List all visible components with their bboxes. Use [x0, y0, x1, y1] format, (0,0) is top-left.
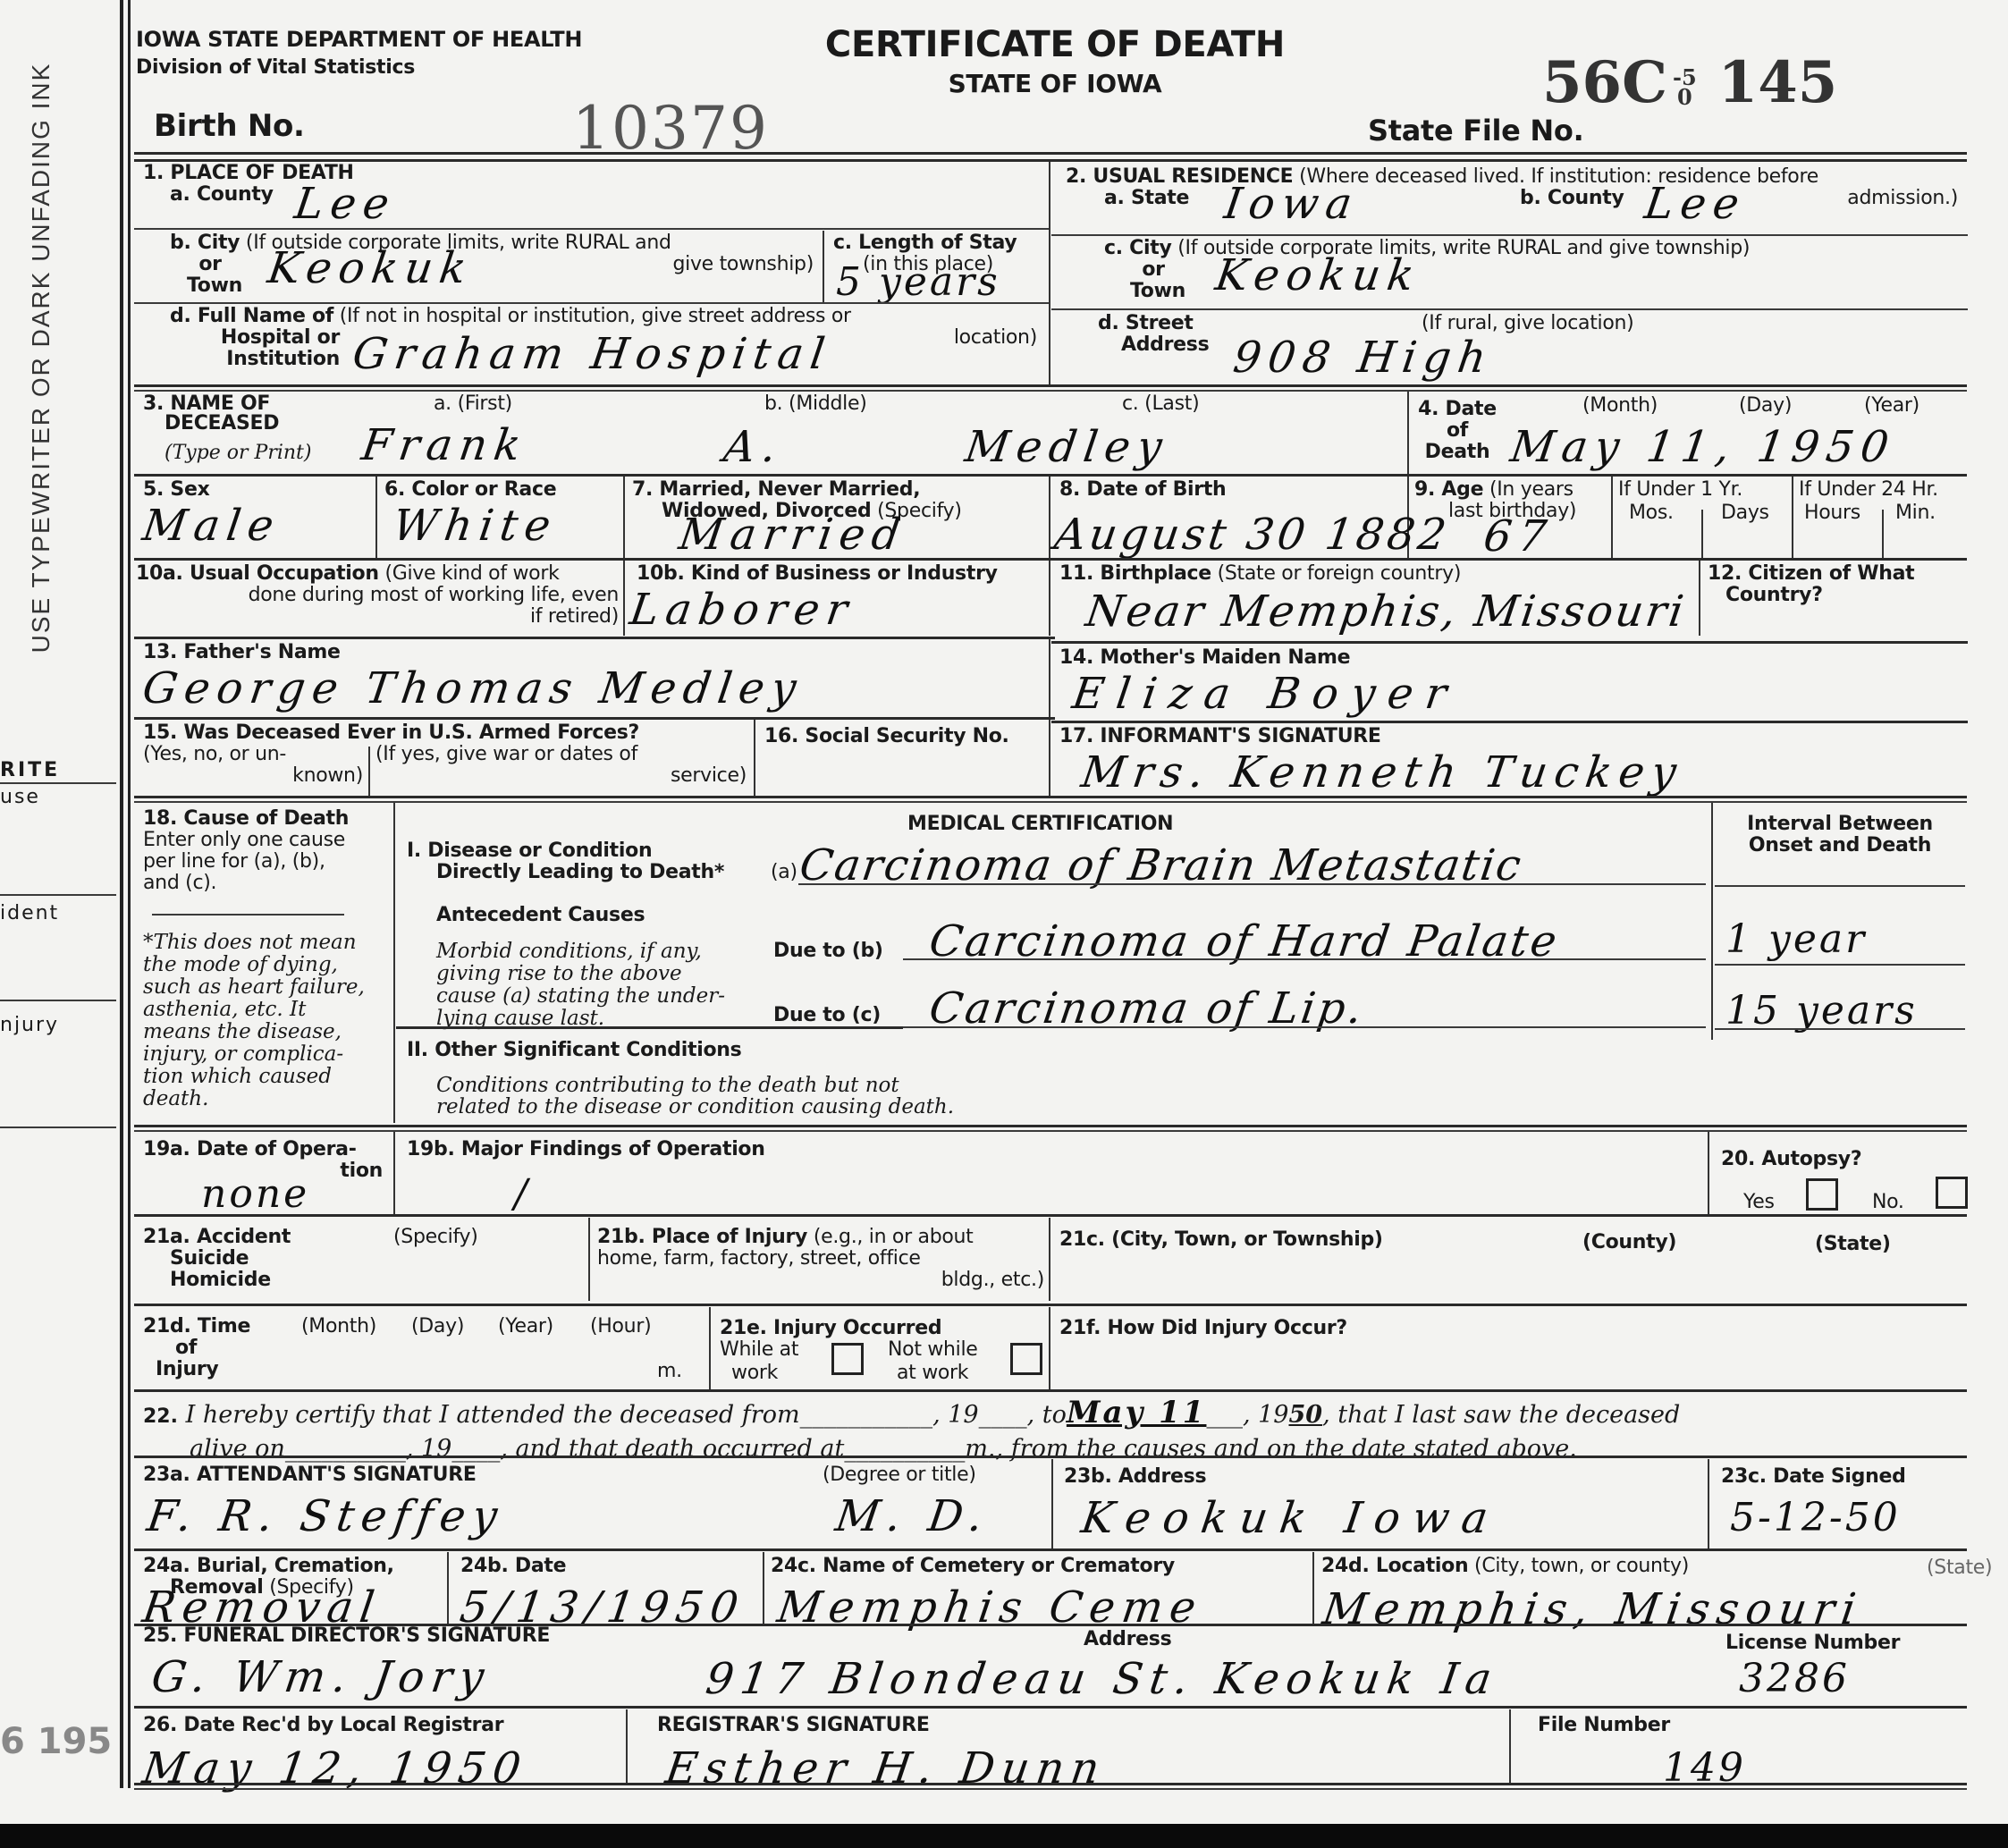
other-conditions-label: II. Other Significant Conditions: [407, 1040, 741, 1061]
funeral-address-label: Address: [1084, 1629, 1171, 1650]
place-county-value[interactable]: Lee: [291, 179, 400, 229]
date-signed-label: 23c. Date Signed: [1721, 1466, 1906, 1488]
interval-heading: Interval Between: [1715, 814, 1965, 835]
autopsy-yes-label: Yes: [1743, 1192, 1775, 1213]
disease-condition-label: I. Disease or Condition: [407, 840, 652, 862]
injury-state-label: (State): [1815, 1234, 1891, 1255]
occupation-label: 10a. Usual Occupation (Give kind of work: [136, 563, 619, 585]
state-file-label: State File No.: [1368, 114, 1583, 147]
while-at-work-checkbox[interactable]: [831, 1343, 864, 1375]
street-label-2: Address: [1121, 334, 1209, 356]
city-or-label: or: [179, 254, 241, 275]
day-label: (Day): [1739, 395, 1792, 417]
margin-fragment: use: [0, 787, 40, 808]
injury-occurred-label: 21e. Injury Occurred: [720, 1318, 941, 1339]
months-label: Mos.: [1629, 502, 1674, 524]
race-value[interactable]: White: [390, 501, 561, 551]
county-label: a. County: [170, 184, 274, 206]
armed-forces-note-2: known): [143, 765, 363, 787]
citizenship-label: 12. Citizen of What: [1708, 563, 1914, 585]
age-label: 9. Age (In years: [1414, 479, 1573, 501]
funeral-director-label: 25. FUNERAL DIRECTOR'S SIGNATURE: [143, 1625, 550, 1647]
injury-time-label: 21d. Time: [143, 1316, 250, 1337]
armed-forces-war-note: (If yes, give war or dates of: [375, 744, 637, 765]
cause-footnote: *This does not meanthe mode of dying,suc…: [143, 932, 389, 1110]
residence-city-value[interactable]: Keokuk: [1212, 250, 1424, 300]
informant-signature[interactable]: Mrs. Kenneth Tuckey: [1078, 747, 1686, 797]
autopsy-no-label: No.: [1872, 1192, 1904, 1213]
street-label: d. Street: [1098, 313, 1194, 334]
under-1yr-label: If Under 1 Yr.: [1618, 479, 1742, 501]
date-of-death-value[interactable]: May 11, 1950: [1507, 422, 1899, 472]
middle-name-label: b. (Middle): [764, 393, 867, 415]
age-value[interactable]: 67: [1481, 511, 1557, 561]
street-note: (If rural, give location): [1422, 313, 1633, 334]
sex-label: 5. Sex: [143, 479, 209, 501]
injury-day-label: (Day): [411, 1316, 464, 1337]
interval-c-value[interactable]: 15 years: [1725, 988, 1918, 1034]
armed-forces-note: (Yes, no, or un-: [143, 744, 286, 765]
degree-value[interactable]: M. D.: [832, 1491, 993, 1541]
last-name-label: c. (Last): [1122, 393, 1199, 415]
occupation-note: done during most of working life, even: [134, 585, 619, 606]
informant-label: 17. INFORMANT'S SIGNATURE: [1059, 726, 1381, 747]
injury-hour-label: (Hour): [590, 1316, 651, 1337]
city-town-label: Town: [179, 275, 250, 297]
middle-name-value[interactable]: A.: [721, 422, 787, 472]
cause-instruction: Enter only one cause: [143, 830, 345, 851]
not-at-work-label-2: at work: [897, 1363, 968, 1384]
degree-label: (Degree or title): [823, 1464, 976, 1486]
attendant-signature[interactable]: F. R. Steffey: [144, 1491, 508, 1541]
armed-forces-war-note-2: service): [375, 765, 747, 787]
accident-label: 21a. Accident: [143, 1227, 291, 1248]
cause-a-marker: (a): [771, 862, 797, 883]
division-name: Division of Vital Statistics: [136, 57, 415, 79]
cemetery-label: 24c. Name of Cemetery or Crematory: [771, 1556, 1175, 1577]
hospital-label-note: location): [805, 327, 1037, 349]
occupation-note-2: if retired): [134, 606, 619, 628]
month-label: (Month): [1582, 395, 1658, 417]
morbid-note: Morbid conditions, if any,giving rise to…: [436, 941, 758, 1030]
first-name-value[interactable]: Frank: [359, 420, 531, 470]
not-at-work-checkbox[interactable]: [1010, 1343, 1042, 1375]
license-value[interactable]: 3286: [1739, 1656, 1850, 1701]
residence-county-label: b. County: [1520, 188, 1624, 209]
father-name-value[interactable]: George Thomas Medley: [139, 663, 806, 713]
document-subtitle: STATE OF IOWA: [787, 73, 1323, 95]
place-city-value[interactable]: Keokuk: [265, 243, 477, 293]
length-of-stay-value[interactable]: 5 years: [836, 259, 1000, 305]
injury-place-note-2: bldg., etc.): [597, 1270, 1044, 1291]
disposition-date-label: 24b. Date: [460, 1556, 566, 1577]
type-or-print-note: (Type or Print): [165, 442, 311, 464]
hospital-label-3: Institution: [161, 349, 340, 370]
sex-value[interactable]: Male: [139, 501, 283, 551]
autopsy-label: 20. Autopsy?: [1721, 1149, 1861, 1170]
cause-instruction: per line for (a), (b),: [143, 851, 325, 873]
birth-no-label: Birth No.: [154, 109, 305, 143]
margin-instruction: USE TYPEWRITER OR DARK UNFADING INK: [27, 45, 63, 671]
funeral-director-signature[interactable]: G. Wm. Jory: [148, 1652, 494, 1702]
business-label: 10b. Kind of Business or Industry: [637, 563, 998, 585]
medical-certification-heading: MEDICAL CERTIFICATION: [907, 814, 1173, 835]
margin-fragment: ident: [0, 903, 59, 924]
ssn-label: 16. Social Security No.: [764, 726, 1009, 747]
marital-label: 7. Married, Never Married,: [632, 479, 920, 501]
operation-findings-value[interactable]: /: [514, 1171, 530, 1217]
hours-label: Hours: [1804, 502, 1860, 524]
injury-month-label: (Month): [301, 1316, 376, 1337]
race-label: 6. Color or Race: [384, 479, 556, 501]
birthplace-label: 11. Birthplace (State or foreign country…: [1059, 563, 1461, 585]
due-to-c-label: Due to (c): [773, 1005, 881, 1026]
hospital-label: d. Full Name of (If not in hospital or i…: [170, 306, 1046, 327]
cause-of-death-label: 18. Cause of Death: [143, 808, 349, 830]
residence-town-label: Town: [1118, 281, 1198, 302]
last-name-value[interactable]: Medley: [962, 422, 1172, 472]
citizenship-label-2: Country?: [1725, 585, 1823, 606]
hospital-value[interactable]: Graham Hospital: [350, 329, 835, 379]
department-name: IOWA STATE DEPARTMENT OF HEALTH: [136, 29, 582, 50]
autopsy-no-checkbox[interactable]: [1936, 1177, 1968, 1209]
injury-meridiem-label: m.: [657, 1361, 682, 1382]
license-label: License Number: [1725, 1633, 1900, 1654]
antecedent-causes-label: Antecedent Causes: [436, 905, 645, 926]
other-conditions-note: Conditions contributing to the death but…: [436, 1075, 899, 1097]
while-at-work-label: While at: [720, 1339, 798, 1361]
interval-heading-2: Onset and Death: [1715, 835, 1965, 856]
margin-fragment: njury: [0, 1015, 59, 1036]
attended-to-date: May 11: [1067, 1395, 1207, 1430]
injury-place-note: home, farm, factory, street, office: [597, 1248, 1044, 1270]
residence-or-label: or: [1118, 259, 1189, 281]
length-of-stay-label: c. Length of Stay: [833, 232, 1017, 254]
armed-forces-label: 15. Was Deceased Ever in U.S. Armed Forc…: [143, 722, 639, 744]
dob-value[interactable]: August 30 1882: [1051, 510, 1453, 560]
cause-instruction: and (c).: [143, 873, 216, 894]
mother-name-value[interactable]: Eliza Boyer: [1069, 669, 1462, 719]
injury-city-label: 21c. (City, Town, or Township): [1059, 1229, 1383, 1251]
attendant-address-label: 23b. Address: [1064, 1466, 1206, 1488]
injury-place-label: 21b. Place of Injury (e.g., in or about: [597, 1227, 974, 1248]
disposition-label: 24a. Burial, Cremation,: [143, 1556, 394, 1577]
operation-findings-label: 19b. Major Findings of Operation: [407, 1139, 765, 1160]
due-to-b-label: Due to (b): [773, 941, 883, 962]
operation-date-value[interactable]: none: [201, 1171, 309, 1217]
homicide-label: Homicide: [170, 1270, 271, 1291]
injury-time-label-2: of: [175, 1337, 197, 1359]
date-signed-value[interactable]: 5-12-50: [1730, 1495, 1901, 1540]
date-received-label: 26. Date Rec'd by Local Registrar: [143, 1715, 503, 1736]
accident-specify-note: (Specify): [393, 1227, 478, 1248]
date-of-death-label-3: Death: [1413, 442, 1502, 463]
birthplace-value[interactable]: Near Memphis, Missouri: [1083, 586, 1689, 637]
street-value[interactable]: 908 High: [1230, 333, 1497, 383]
other-conditions-note-2: related to the disease or condition caus…: [436, 1096, 954, 1118]
operation-date-label: 19a. Date of Opera-: [143, 1139, 357, 1160]
injury-year-label: (Year): [498, 1316, 553, 1337]
received-stamp: 6 195: [0, 1721, 112, 1762]
cemetery-location-label: 24d. Location (City, town, or county): [1321, 1556, 1689, 1577]
residence-state-value[interactable]: Iowa: [1221, 179, 1362, 229]
scan-edge: [0, 1824, 2008, 1848]
dob-label: 8. Date of Birth: [1059, 479, 1226, 501]
disease-condition-label-2: Directly Leading to Death*: [436, 862, 724, 883]
date-of-death-label: 4. Date: [1413, 399, 1502, 420]
registrar-signature[interactable]: Esther H. Dunn: [662, 1743, 1109, 1793]
first-name-label: a. (First): [434, 393, 512, 415]
attendant-signature-label: 23a. ATTENDANT'S SIGNATURE: [143, 1464, 477, 1486]
attendant-address-value[interactable]: Keokuk Iowa: [1078, 1493, 1504, 1543]
autopsy-yes-checkbox[interactable]: [1806, 1178, 1838, 1211]
cemetery-state-label: (State): [1927, 1557, 1992, 1579]
margin-fragment: RITE: [0, 760, 60, 781]
cemetery-location-value[interactable]: Memphis, Missouri: [1320, 1584, 1866, 1634]
residence-state-label: a. State: [1104, 188, 1189, 209]
date-received-value[interactable]: May 12, 1950: [139, 1743, 531, 1793]
residence-county-value[interactable]: Lee: [1641, 179, 1750, 229]
while-at-work-label-2: work: [731, 1363, 778, 1384]
funeral-address-value[interactable]: 917 Blondeau St. Keokuk Ia: [703, 1654, 1502, 1704]
city-label-note: give township): [536, 254, 814, 275]
days-label: Days: [1721, 502, 1769, 524]
year-label: (Year): [1864, 395, 1919, 417]
date-of-death-label-2: of: [1413, 420, 1502, 442]
hospital-label-2: Hospital or: [161, 327, 340, 349]
name-heading-2: DECEASED: [165, 413, 279, 435]
how-injury-label: 21f. How Did Injury Occur?: [1059, 1318, 1347, 1339]
city-label: b. City (If outside corporate limits, wr…: [170, 232, 823, 254]
file-number-label: File Number: [1538, 1715, 1670, 1736]
usual-residence-heading: 2. USUAL RESIDENCE (Where deceased lived…: [1066, 166, 1969, 188]
business-value[interactable]: Laborer: [627, 585, 857, 635]
father-name-label: 13. Father's Name: [143, 642, 341, 663]
injury-county-label: (County): [1582, 1232, 1676, 1253]
injury-time-label-3: Injury: [156, 1359, 218, 1380]
interval-b-value[interactable]: 1 year: [1725, 916, 1867, 962]
marital-value[interactable]: Married: [676, 510, 910, 560]
under-24hr-label: If Under 24 Hr.: [1799, 479, 1938, 501]
attended-to-year: 50: [1288, 1401, 1322, 1429]
document-title: CERTIFICATE OF DEATH: [787, 25, 1323, 64]
mother-name-label: 14. Mother's Maiden Name: [1059, 647, 1350, 669]
not-at-work-label: Not while: [888, 1339, 978, 1361]
registrar-signature-label: REGISTRAR'S SIGNATURE: [657, 1715, 930, 1736]
minutes-label: Min.: [1895, 502, 1936, 524]
suicide-label: Suicide: [170, 1248, 249, 1270]
state-file-number: 56C-50145: [1542, 49, 1837, 116]
